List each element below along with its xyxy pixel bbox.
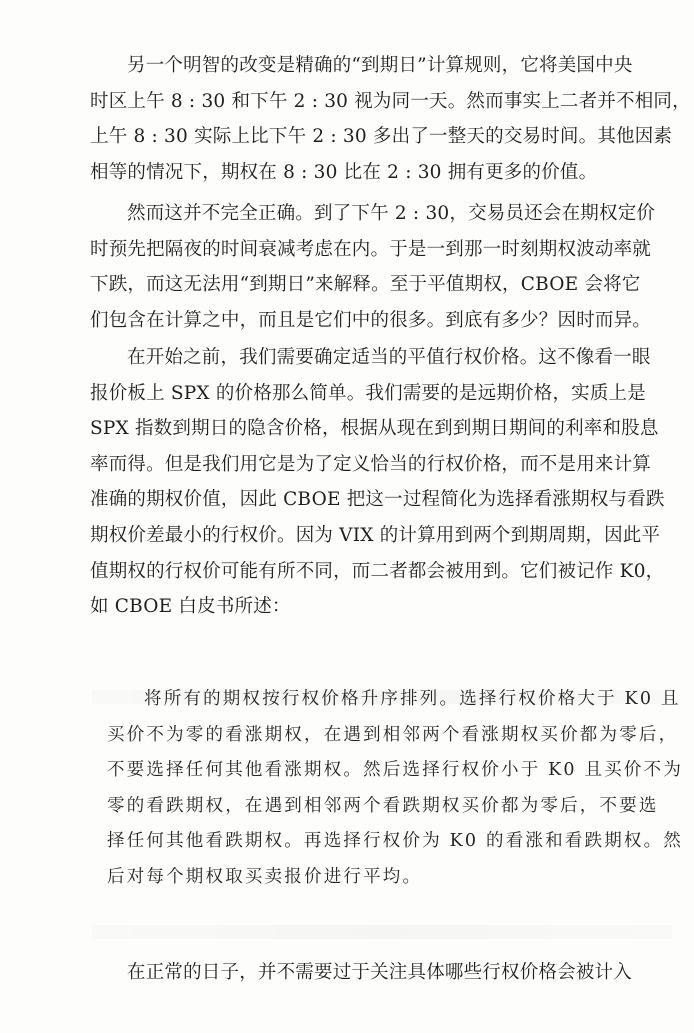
text-line: 下跌，而这无法用“到期日”来解释。至于平值期权，CBOE 会将它 xyxy=(90,267,675,303)
text-line: 上午 8 : 30 实际上比下午 2 : 30 多出了一整天的交易时间。其他因素 xyxy=(90,119,675,155)
text-line: 率而得。但是我们用它是为了定义恰当的行权价格，而不是用来计算 xyxy=(90,447,675,483)
text-line: 然而这并不完全正确。到了下午 2 : 30，交易员还会在期权定价 xyxy=(90,196,675,232)
text-line: 在正常的日子，并不需要过于关注具体哪些行权价格会被计入 xyxy=(90,955,675,991)
text-line: 期权价差最小的行权价。因为 VIX 的计算用到两个到期周期，因此平 xyxy=(90,518,675,554)
book-page: 另一个明智的改变是精确的“到期日”计算规则，它将美国中央 时区上午 8 : 30… xyxy=(0,0,694,1033)
quote-line: 买价不为零的看涨期权，在遇到相邻两个看涨期权买价都为零后， xyxy=(107,718,667,754)
quote-line: 后对每个期权取买卖报价进行平均。 xyxy=(107,860,667,896)
text-line: 在开始之前，我们需要确定适当的平值行权价格。这不像看一眼 xyxy=(90,340,675,376)
paragraph-not-entirely-correct: 然而这并不完全正确。到了下午 2 : 30，交易员还会在期权定价 时预先把隔夜的… xyxy=(90,196,675,338)
quote-line: 零的看跌期权，在遇到相邻两个看跌期权买价都为零后，不要选 xyxy=(107,789,667,825)
text-line: 报价板上 SPX 的价格那么简单。我们需要的是远期价格，实质上是 xyxy=(90,376,675,412)
cboe-whitepaper-quote: 将所有的期权按行权价格升序排列。选择行权价格大于 K0 且 买价不为零的看涨期权… xyxy=(107,682,667,895)
paragraph-atm-strike: 在开始之前，我们需要确定适当的平值行权价格。这不像看一眼 报价板上 SPX 的价… xyxy=(90,340,675,625)
text-line: 准确的期权价值，因此 CBOE 把这一过程简化为选择看涨期权与看跌 xyxy=(90,482,675,518)
text-line: 相等的情况下，期权在 8 : 30 比在 2 : 30 拥有更多的价值。 xyxy=(90,155,675,191)
quote-line: 择任何其他看跌期权。再选择行权价为 K0 的看涨和看跌期权。然 xyxy=(107,824,667,860)
bleed-through-shadow xyxy=(92,925,672,939)
text-line: 值期权的行权价可能有所不同，而二者都会被用到。它们被记作 K0， xyxy=(90,554,675,590)
text-line: 另一个明智的改变是精确的“到期日”计算规则，它将美国中央 xyxy=(90,48,675,84)
paragraph-expiry-rule: 另一个明智的改变是精确的“到期日”计算规则，它将美国中央 时区上午 8 : 30… xyxy=(90,48,675,190)
quote-line: 不要选择任何其他看涨期权。然后选择行权价小于 K0 且买价不为 xyxy=(107,753,667,789)
text-line: 如 CBOE 白皮书所述： xyxy=(90,589,675,625)
text-line: SPX 指数到期日的隐含价格，根据从现在到到期日期间的利率和股息 xyxy=(90,411,675,447)
text-line: 们包含在计算之中，而且是它们中的很多。到底有多少？因时而异。 xyxy=(90,303,675,339)
paragraph-normal-days: 在正常的日子，并不需要过于关注具体哪些行权价格会被计入 xyxy=(90,955,675,991)
quote-line: 将所有的期权按行权价格升序排列。选择行权价格大于 K0 且 xyxy=(107,682,667,718)
text-line: 时区上午 8 : 30 和下午 2 : 30 视为同一天。然而事实上二者并不相同… xyxy=(90,84,675,120)
text-line: 时预先把隔夜的时间衰减考虑在内。于是一到那一时刻期权波动率就 xyxy=(90,232,675,268)
